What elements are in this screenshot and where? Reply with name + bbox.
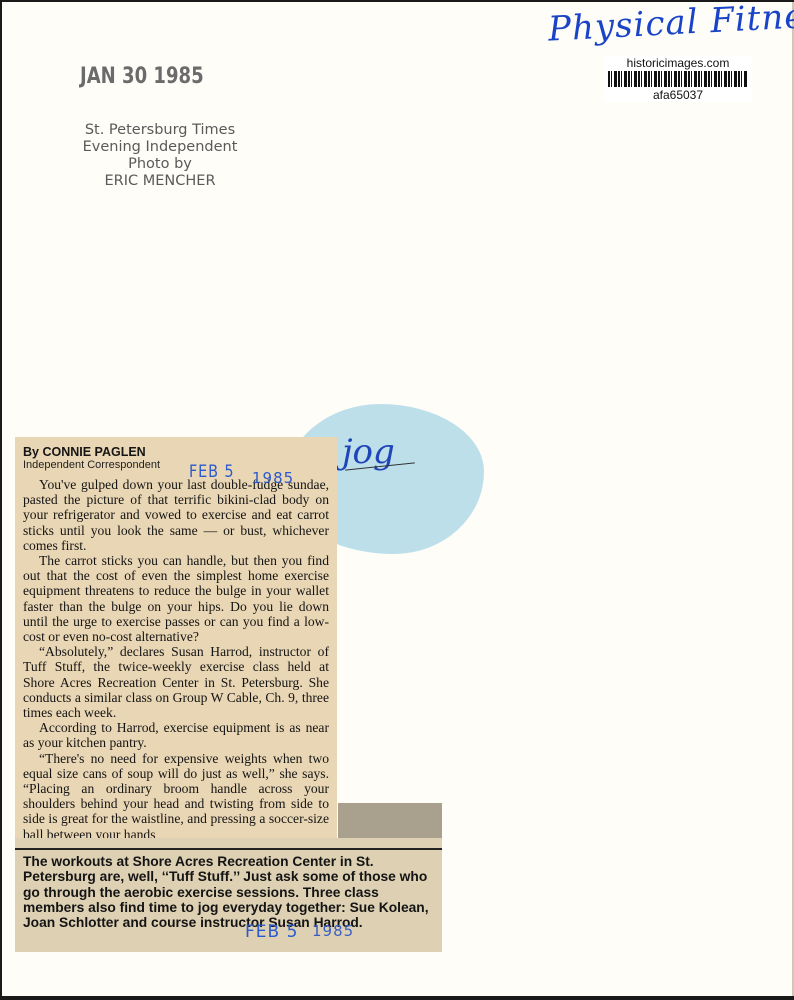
credit-stamp: St. Petersburg Times Evening Independent… <box>60 122 260 190</box>
caption-stamp-year: 1985 <box>312 922 354 940</box>
article-paragraph: “There's no need for expensive weights w… <box>23 751 329 839</box>
barcode-icon <box>608 71 748 87</box>
caption-text: The workouts at Shore Acres Recreation C… <box>23 854 434 930</box>
credit-line: Photo by <box>60 156 260 173</box>
barcode-site: historicimages.com <box>604 56 752 70</box>
article-stamp-year: 1985 <box>252 469 294 487</box>
byline: By CONNIE PAGLEN <box>23 445 329 459</box>
article-paragraph: The carrot sticks you can handle, but th… <box>23 553 329 644</box>
credit-line: ERIC MENCHER <box>60 173 260 190</box>
barcode-label: historicimages.com afa65037 <box>604 56 752 102</box>
caption-stamp-day: FEB 5 <box>245 922 298 942</box>
article-paragraph: “Absolutely,” declares Susan Harrod, ins… <box>23 644 329 720</box>
article-paragraph: You've gulped down your last double-fudg… <box>23 477 329 553</box>
article-clipping: By CONNIE PAGLEN Independent Corresponde… <box>15 437 337 839</box>
article-stamp-day: FEB 5 <box>189 462 234 482</box>
credit-line: St. Petersburg Times <box>60 122 260 139</box>
credit-line: Evening Independent <box>60 139 260 156</box>
caption-rule <box>15 848 442 850</box>
date-stamp: JAN 30 1985 <box>80 64 204 89</box>
caption-clipping: The workouts at Shore Acres Recreation C… <box>15 838 442 952</box>
article-paragraph: According to Harrod, exercise equipment … <box>23 720 329 750</box>
barcode-id: afa65037 <box>604 88 752 102</box>
